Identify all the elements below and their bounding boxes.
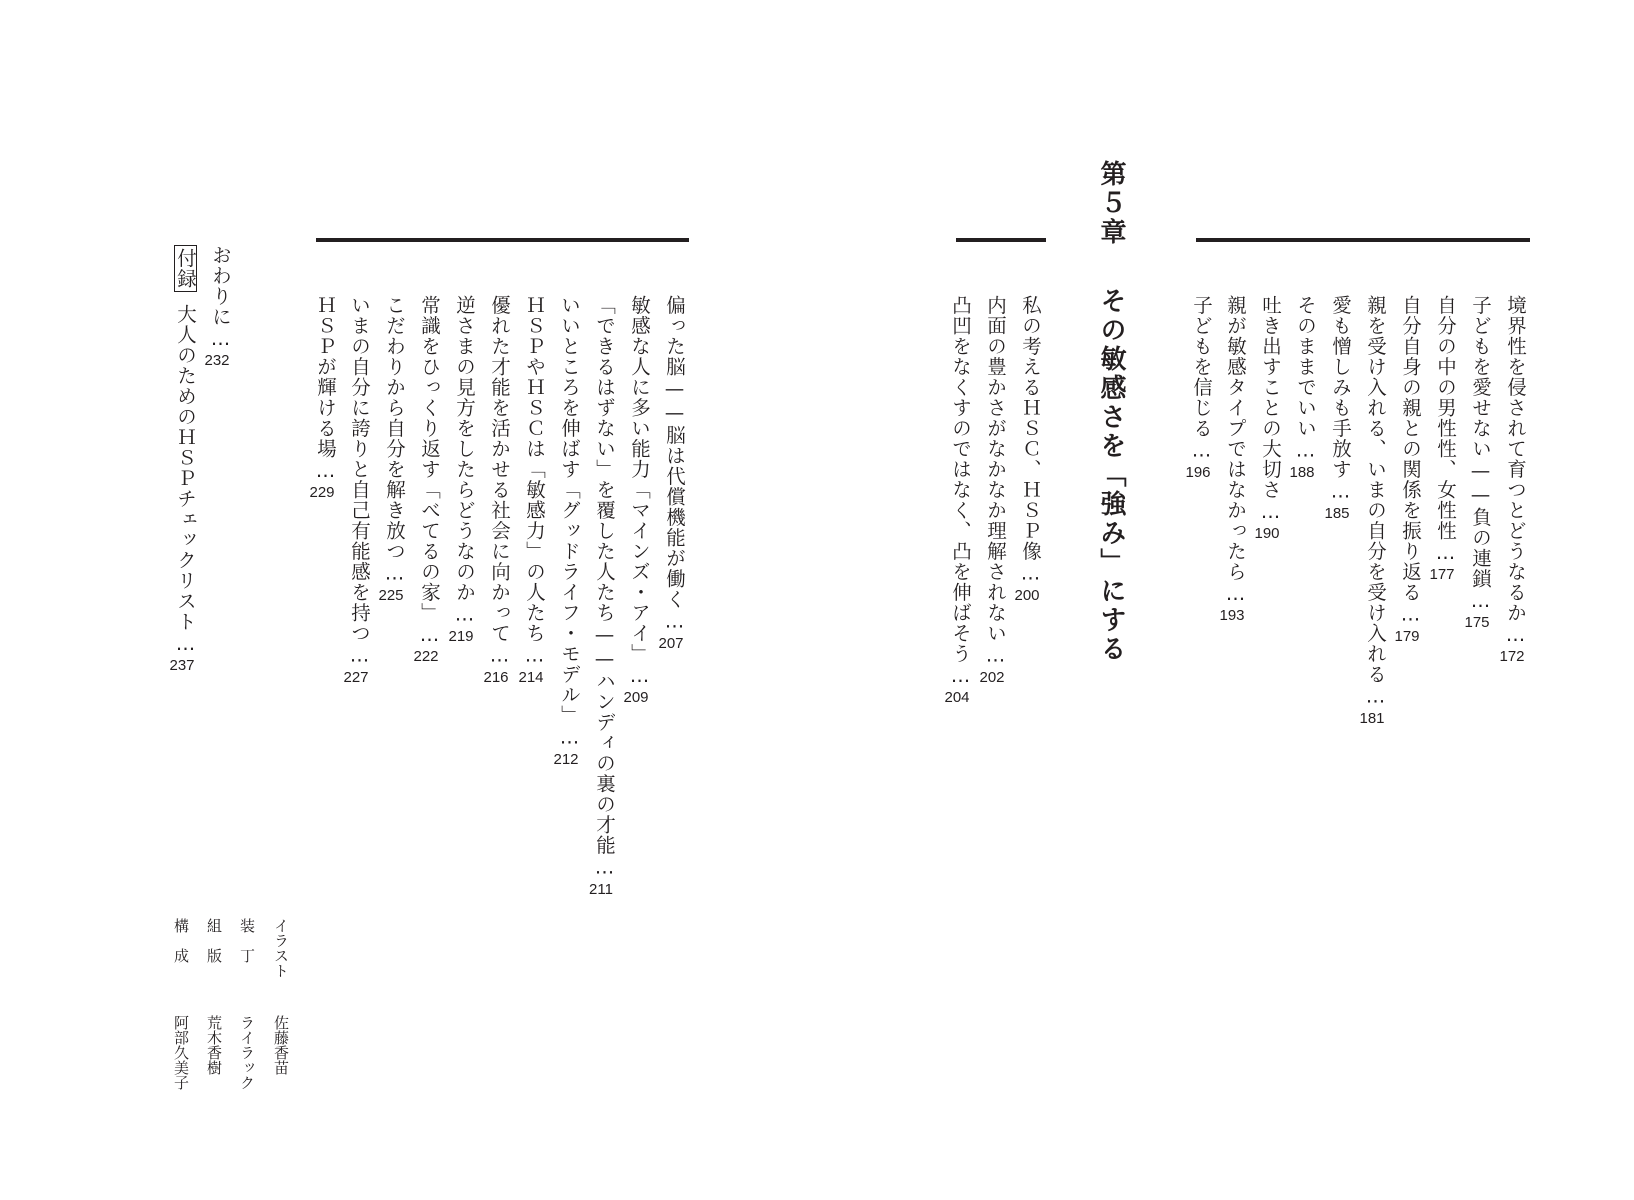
- toc-entry-title: そのままでいい…: [1294, 295, 1317, 463]
- toc-entry-page: 232: [200, 353, 234, 368]
- toc-entry-title: 子どもを愛せない——負の連鎖…: [1469, 295, 1492, 613]
- credit-role: 構 成: [173, 918, 188, 963]
- toc-entry[interactable]: ＨＳＰが輝ける場…229: [317, 295, 339, 500]
- toc-entry[interactable]: 逆さまの見方をしたらどうなのか…219: [456, 295, 478, 644]
- credit-name: ライラック: [239, 1015, 254, 1090]
- toc-entry-title: 吐き出すことの大切さ…: [1259, 295, 1282, 524]
- toc-entry-title: いいところを伸ばす「グッドライフ・モデル」…: [558, 295, 581, 750]
- toc-entry[interactable]: 偏った脳——脳は代償機能が働く…207: [666, 295, 688, 651]
- toc-entry-title: 偏った脳——脳は代償機能が働く…: [663, 295, 686, 634]
- chapter-number: 第５章: [1096, 160, 1126, 247]
- toc-entry[interactable]: 自分自身の親との関係を振り返る…179: [1402, 295, 1424, 644]
- toc-entry-page: 211: [584, 882, 618, 897]
- toc-entry-title: 自分の中の男性性、女性性…: [1434, 295, 1457, 565]
- toc-entry-page: 172: [1495, 649, 1529, 664]
- toc-entry[interactable]: 「できるはずない」を覆した人たち——ハンディの裏の才能…211: [596, 295, 618, 897]
- toc-entry-page: 207: [654, 636, 688, 651]
- toc-entry-title: 優れた才能を活かせる社会に向かって…: [488, 295, 511, 668]
- toc-entry[interactable]: 親を受け入れる、いまの自分を受け入れる…181: [1367, 295, 1389, 726]
- toc-entry-page: 237: [165, 658, 199, 673]
- credit-name: 佐藤香苗: [273, 1015, 288, 1075]
- credit-name: 阿部久美子: [173, 1015, 188, 1090]
- toc-entry-page: 219: [444, 629, 478, 644]
- toc-entry-title: 内面の豊かさがなかなか理解されない…: [984, 295, 1007, 668]
- toc-entry-page: 214: [514, 670, 548, 685]
- toc-entry-page: 175: [1460, 615, 1494, 630]
- toc-entry[interactable]: 子どもを愛せない——負の連鎖…175: [1472, 295, 1494, 630]
- toc-entry-page: 188: [1285, 465, 1319, 480]
- toc-entry[interactable]: 自分の中の男性性、女性性…177: [1437, 295, 1459, 582]
- toc-entry-title: 逆さまの見方をしたらどうなのか…: [453, 295, 476, 627]
- toc-entry-page: 196: [1181, 465, 1215, 480]
- toc-entry-page: 181: [1355, 711, 1389, 726]
- credit-role: 組 版: [206, 918, 221, 963]
- toc-entry-page: 179: [1390, 629, 1424, 644]
- toc-entry-page: 193: [1215, 608, 1249, 623]
- toc-entry-title: 親が敏感タイプではなかったら…: [1224, 295, 1247, 606]
- toc-entry-page: 200: [1010, 588, 1044, 603]
- toc-entry-page: 177: [1425, 567, 1459, 582]
- toc-entry-page: 204: [940, 690, 974, 705]
- toc-entry-title: 自分自身の親との関係を振り返る…: [1399, 295, 1422, 627]
- toc-entry-page: 190: [1250, 526, 1284, 541]
- toc-entry[interactable]: そのままでいい…188: [1297, 295, 1319, 480]
- toc-entry[interactable]: こだわりから自分を解き放つ…225: [386, 295, 408, 603]
- toc-entry-title: 「できるはずない」を覆した人たち——ハンディの裏の才能…: [593, 295, 616, 880]
- toc-entry-title: 親を受け入れる、いまの自分を受け入れる…: [1364, 295, 1387, 709]
- toc-entry-title: ＨＳＰが輝ける場…: [314, 295, 337, 483]
- toc-entry[interactable]: 境界性を侵されて育つとどうなるか…172: [1507, 295, 1529, 664]
- toc-entry-title: 私の考えるＨＳＣ、ＨＳＰ像…: [1019, 295, 1042, 586]
- toc-entry[interactable]: 愛も憎しみも手放す…185: [1332, 295, 1354, 521]
- toc-entry-page: 229: [305, 485, 339, 500]
- toc-entry-title: 大人のためのＨＳＰチェックリスト…: [174, 304, 197, 656]
- toc-entry-page: 185: [1320, 506, 1354, 521]
- toc-entry[interactable]: 敏感な人に多い能力「マインズ・アイ」…209: [631, 295, 653, 705]
- chapter-heading[interactable]: 第５章その敏感さを「強み」にする: [1098, 160, 1124, 664]
- toc-entry-title: 境界性を侵されて育つとどうなるか…: [1504, 295, 1527, 647]
- toc-entry[interactable]: 子どもを信じる…196: [1193, 295, 1215, 480]
- credit-role: イラスト: [273, 918, 288, 978]
- appendix-badge: 付録: [174, 245, 198, 292]
- toc-entry[interactable]: 優れた才能を活かせる社会に向かって…216: [491, 295, 513, 685]
- toc-entry-page: 225: [374, 588, 408, 603]
- toc-entry[interactable]: 親が敏感タイプではなかったら…193: [1227, 295, 1249, 623]
- toc-entry[interactable]: 凸凹をなくすのではなく、凸を伸ばそう…204: [952, 295, 974, 705]
- toc-entry-page: 227: [339, 670, 373, 685]
- toc-entry-closing[interactable]: おわりに…232: [212, 245, 234, 368]
- toc-entry-appendix[interactable]: 付録大人のためのＨＳＰチェックリスト…237: [177, 245, 199, 673]
- credit-role: 装 丁: [239, 918, 254, 963]
- toc-entry-page: 216: [479, 670, 513, 685]
- divider-rule-chapter5: [956, 238, 1046, 242]
- toc-entry[interactable]: 吐き出すことの大切さ…190: [1262, 295, 1284, 541]
- toc-entry-page: 212: [549, 752, 583, 767]
- toc-entry-title: 敏感な人に多い能力「マインズ・アイ」…: [628, 295, 651, 688]
- toc-entry-title: 常識をひっくり返す「べてるの家」…: [418, 295, 441, 647]
- divider-rule-left-page: [316, 238, 689, 242]
- toc-entry-title: おわりに…: [209, 245, 232, 351]
- toc-entry-title: 子どもを信じる…: [1190, 295, 1213, 463]
- toc-entry-title: 愛も憎しみも手放す…: [1329, 295, 1352, 504]
- toc-entry[interactable]: いいところを伸ばす「グッドライフ・モデル」…212: [561, 295, 583, 767]
- toc-entry-page: 202: [975, 670, 1009, 685]
- toc-entry-title: 凸凹をなくすのではなく、凸を伸ばそう…: [949, 295, 972, 688]
- divider-rule-chapter4: [1196, 238, 1530, 242]
- credit-name: 荒木香樹: [206, 1015, 221, 1075]
- toc-entry[interactable]: ＨＳＰやＨＳＣは「敏感力」の人たち…214: [526, 295, 548, 685]
- toc-entry-page: 222: [409, 649, 443, 664]
- toc-entry[interactable]: 常識をひっくり返す「べてるの家」…222: [421, 295, 443, 664]
- toc-entry-title: ＨＳＰやＨＳＣは「敏感力」の人たち…: [523, 295, 546, 668]
- toc-entry-title: こだわりから自分を解き放つ…: [383, 295, 406, 586]
- toc-entry[interactable]: 内面の豊かさがなかなか理解されない…202: [987, 295, 1009, 685]
- toc-entry-page: 209: [619, 690, 653, 705]
- toc-entry[interactable]: 私の考えるＨＳＣ、ＨＳＰ像…200: [1022, 295, 1044, 603]
- toc-entry[interactable]: いまの自分に誇りと自己有能感を持つ…227: [351, 295, 373, 685]
- toc-entry-title: いまの自分に誇りと自己有能感を持つ…: [348, 295, 371, 668]
- chapter-title: その敏感さを「強み」にする: [1096, 287, 1126, 664]
